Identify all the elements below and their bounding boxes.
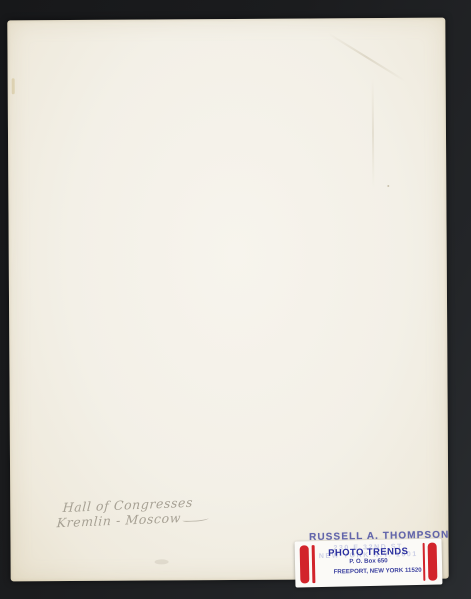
paper-smudge [155,559,169,564]
paper-crease [372,78,375,188]
photo-back-paper: Hall of Congresses Kremlin - Moscow [7,18,448,582]
handwritten-caption: Hall of Congresses Kremlin - Moscow [61,494,210,530]
sticker-red-bar-right [428,543,438,581]
sticker-po-box: P. O. Box 650 [333,557,403,565]
scan-backdrop: Hall of Congresses Kremlin - Moscow RUSS… [0,0,471,599]
paper-crease [328,33,406,82]
pencil-flourish [183,516,209,522]
sticker-city-line: FREEPORT, NEW YORK 11520 [334,567,404,575]
paper-speck [387,185,389,187]
sticker-text-block: PHOTO TRENDS P. O. Box 650 FREEPORT, NEW… [317,546,421,578]
paper-edge-stain [12,78,15,94]
sticker-red-bar-left [300,545,310,583]
photo-trends-sticker: 230 E 32ND ST NEW YORK N.Y. 1001 PHOTO T… [295,538,443,587]
